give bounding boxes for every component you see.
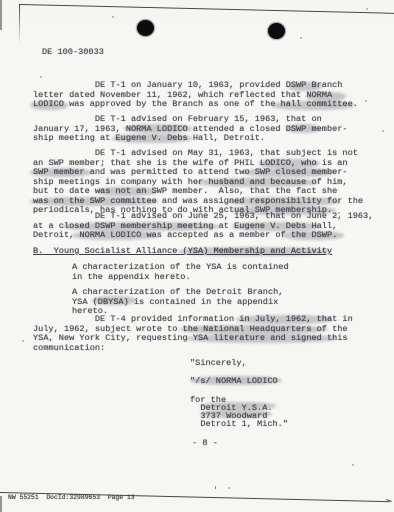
scanned-document-page: DE 100-30033 DE T-1 on January 10, 1963,… xyxy=(0,0,394,512)
scan-speck xyxy=(365,100,367,102)
quote-detroit-branch-characterization: A characterization of the Detroit Branch… xyxy=(72,288,283,317)
scan-speck xyxy=(40,76,42,78)
archive-footer: NW 55251 DocId:32989653 Page 13 xyxy=(8,494,135,501)
hole-punch xyxy=(137,20,154,36)
signature-name: "/s/ NORMA LODICO xyxy=(190,377,278,387)
signature-organization: for the Detroit Y.S.A. 3737 Woodward Det… xyxy=(190,396,288,428)
page-left-edge xyxy=(19,4,20,44)
scan-speck xyxy=(338,212,340,214)
scan-border-bottom-left xyxy=(0,496,2,512)
scan-speck xyxy=(300,37,302,39)
scan-speck xyxy=(112,16,114,18)
hole-punch xyxy=(268,23,285,39)
paragraph-de-t1-jan: DE T-1 on January 10, 1963, provided DSW… xyxy=(33,81,358,110)
paragraph-de-t1-may: DE T-1 advised on May 31, 1963, that sub… xyxy=(33,149,363,216)
scan-speck xyxy=(382,130,384,132)
quote-ysa-characterization: A characterization of the YSA is contain… xyxy=(72,263,289,282)
paragraph-de-t4-july: DE T-4 provided information in July, 196… xyxy=(33,315,353,353)
page-number: - 8 - xyxy=(160,439,250,449)
paragraph-de-t1-june: DE T-1 advised on June 25, 1963, that on… xyxy=(33,212,373,241)
paragraph-de-t1-feb: DE T-1 advised on February 15, 1963, tha… xyxy=(33,115,348,144)
scan-border-top-left xyxy=(0,0,2,30)
signature-salutation: "Sincerely, xyxy=(190,359,247,369)
scan-speck xyxy=(228,487,230,489)
page-top-edge xyxy=(20,4,394,14)
section-heading-ysa: B. Young Socialist Alliance (YSA) Member… xyxy=(33,247,332,257)
file-number: DE 100-30033 xyxy=(42,48,104,58)
scan-speck xyxy=(22,340,24,342)
scan-speck xyxy=(352,464,354,466)
scan-mark-tick xyxy=(215,486,216,489)
scan-speck xyxy=(366,8,368,10)
